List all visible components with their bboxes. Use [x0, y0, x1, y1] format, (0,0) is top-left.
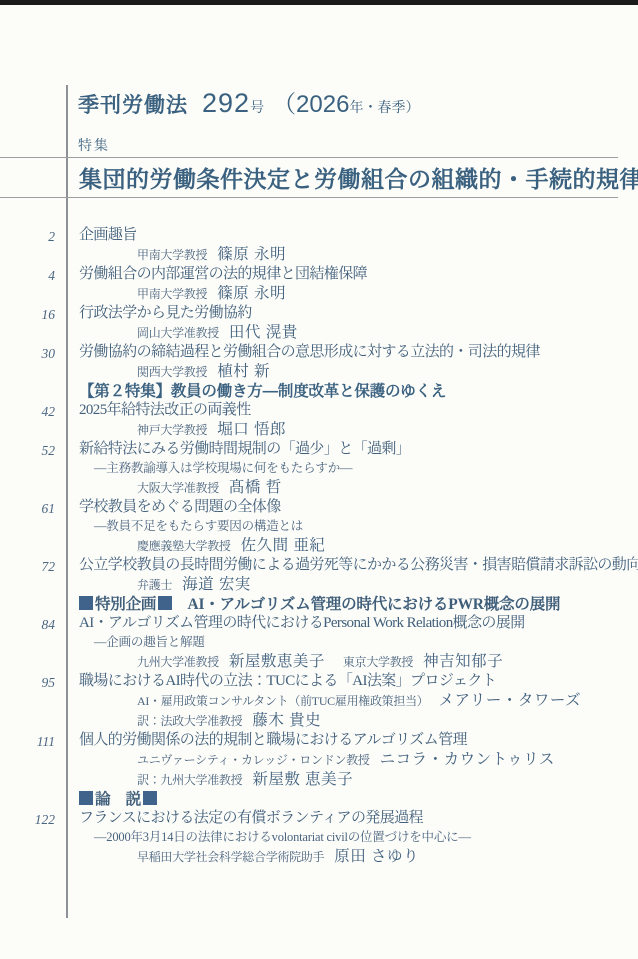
page-number: 42 [0, 401, 66, 421]
row-body: 職場におけるAI時代の立法：TUCによる「AI法案」プロジェクトAI・雇用政策コ… [66, 672, 630, 731]
row-body: 企画趣旨甲南大学教授篠原 永明 [66, 226, 630, 265]
affiliation: 東京大学教授 [343, 655, 413, 669]
toc-row: 61学校教員をめぐる問題の全体像―教員不足をもたらす要因の構造とは慶應義塾大学教… [0, 498, 630, 556]
page-number: 122 [0, 809, 66, 829]
toc-row: 2企画趣旨甲南大学教授篠原 永明 [0, 226, 630, 265]
page-number: 30 [0, 343, 66, 363]
row-body: 論 説 [66, 790, 630, 809]
credit-line: 弁護士海道 宏実 [79, 575, 630, 595]
row-body: 特別企画 AI・アルゴリズム管理の時代におけるPWR概念の展開 [66, 595, 630, 614]
page-number [0, 382, 66, 383]
scan-edge-artifact [0, 0, 638, 5]
article-title: 公立学校教員の長時間労働による過労死等にかかる公務災害・損害賠償請求訴訟の動向 [79, 556, 630, 575]
row-body: 個人的労働関係の法的規制と職場におけるアルゴリズム管理ユニヴァーシティ・カレッジ… [66, 731, 630, 790]
author-name: 篠原 永明 [217, 246, 286, 263]
article-title: 労働組合の内部運営の法的規律と団結権保障 [79, 265, 630, 284]
toc-row: 30労働協約の締結過程と労働組合の意思形成に対する立法的・司法的規律関西大学教授… [0, 343, 630, 382]
credit-line: 甲南大学教授篠原 永明 [79, 284, 630, 304]
affiliation: ユニヴァーシティ・カレッジ・ロンドン教授 [137, 753, 370, 767]
credit-line: 訳：九州大学准教授新屋敷 恵美子 [79, 770, 630, 790]
author-name: 海道 宏実 [182, 576, 251, 593]
page-number: 16 [0, 304, 66, 324]
article-title: 企画趣旨 [79, 226, 630, 245]
author-name: 髙橋 哲 [229, 479, 282, 496]
filled-square-icon [158, 596, 172, 610]
filled-square-icon [143, 791, 157, 805]
row-body: フランスにおける法定の有償ボランティアの発展過程―2000年3月14日の法律にお… [66, 809, 630, 867]
issue-season: 年・春季） [349, 99, 419, 115]
article-subtitle: ―教員不足をもたらす要因の構造とは [79, 517, 630, 536]
author-name: 田代 滉貴 [229, 324, 298, 341]
filled-square-icon [79, 596, 93, 610]
affiliation: 関西大学教授 [137, 365, 207, 379]
credit-line: ユニヴァーシティ・カレッジ・ロンドン教授ニコラ・カウントゥリス [79, 750, 630, 770]
credit-line: 甲南大学教授篠原 永明 [79, 245, 630, 265]
credit-line: 早稲田大学社会科学総合学術院助手原田 さゆり [79, 847, 630, 867]
article-title: 職場におけるAI時代の立法：TUCによる「AI法案」プロジェクト [79, 672, 630, 691]
author-name: 佐久間 亜紀 [241, 537, 326, 554]
affiliation: 早稲田大学社会科学総合学術院助手 [137, 850, 324, 864]
page-number [0, 790, 66, 791]
credit-line: 慶應義塾大学教授佐久間 亜紀 [79, 536, 630, 556]
row-body: 行政法学から見た労働協約岡山大学准教授田代 滉貴 [66, 304, 630, 343]
row-body: 労働協約の締結過程と労働組合の意思形成に対する立法的・司法的規律関西大学教授植村… [66, 343, 630, 382]
section-title: AI・アルゴリズム管理の時代におけるPWR概念の展開 [172, 596, 560, 613]
toc-row: 122フランスにおける法定の有償ボランティアの発展過程―2000年3月14日の法… [0, 809, 630, 867]
issue-year: （2026 [272, 91, 349, 118]
affiliation: 慶應義塾大学教授 [137, 539, 231, 553]
affiliation: AI・雇用政策コンサルタント（前TUC雇用権政策担当） [137, 694, 429, 708]
section-heading: 特別企画 AI・アルゴリズム管理の時代におけるPWR概念の展開 [79, 595, 630, 614]
section-marker: 特別企画 [95, 596, 156, 613]
page-number: 52 [0, 440, 66, 460]
author-name: 新屋敷 恵美子 [252, 771, 353, 788]
author-name: 原田 さゆり [334, 848, 419, 865]
article-title: 学校教員をめぐる問題の全体像 [79, 498, 630, 517]
page-number: 4 [0, 265, 66, 285]
affiliation: 甲南大学教授 [137, 248, 207, 262]
author-name: 藤木 貴史 [252, 712, 321, 729]
affiliation: 九州大学准教授 [137, 655, 219, 669]
author-name: メアリー・タワーズ [439, 692, 582, 709]
credit-line: 岡山大学准教授田代 滉貴 [79, 323, 630, 343]
toc-row: 論 説 [0, 790, 630, 809]
credit-line: 神戸大学教授堀口 悟郎 [79, 420, 630, 440]
row-body: 新給特法にみる労働時間規制の「過少」と「過剰」―主務教諭導入は学校現場に何をもた… [66, 440, 630, 498]
page-number: 84 [0, 614, 66, 634]
section-marker: 論 説 [95, 791, 141, 808]
feature-title: 集団的労働条件決定と労働組合の組織的・手続的規律 [79, 161, 638, 194]
toc-row: 4労働組合の内部運営の法的規律と団結権保障甲南大学教授篠原 永明 [0, 265, 630, 304]
toc-row: 16行政法学から見た労働協約岡山大学准教授田代 滉貴 [0, 304, 630, 343]
author-name: 新屋敷恵美子 [229, 653, 325, 670]
author-name: 堀口 悟郎 [217, 421, 286, 438]
author-name: 植村 新 [217, 363, 270, 380]
feature-label: 特集 [78, 135, 110, 155]
credit-line: 関西大学教授植村 新 [79, 362, 630, 382]
author-name: ニコラ・カウントゥリス [380, 751, 555, 768]
affiliation: 訳：法政大学准教授 [137, 714, 242, 728]
article-subtitle: ―企画の趣旨と解題 [79, 633, 630, 652]
row-body: 労働組合の内部運営の法的規律と団結権保障甲南大学教授篠原 永明 [66, 265, 630, 304]
page-number: 95 [0, 672, 66, 692]
row-body: 公立学校教員の長時間労働による過労死等にかかる公務災害・損害賠償請求訴訟の動向弁… [66, 556, 630, 595]
section-heading: 【第２特集】教員の働き方―制度改革と保護のゆくえ [79, 382, 630, 401]
toc-row: 95職場におけるAI時代の立法：TUCによる「AI法案」プロジェクトAI・雇用政… [0, 672, 630, 731]
toc-row: 52新給特法にみる労働時間規制の「過少」と「過剰」―主務教諭導入は学校現場に何を… [0, 440, 630, 498]
toc-list: 2企画趣旨甲南大学教授篠原 永明4労働組合の内部運営の法的規律と団結権保障甲南大… [0, 226, 630, 867]
page-number: 72 [0, 556, 66, 576]
toc-row: 422025年給特法改正の両義性神戸大学教授堀口 悟郎 [0, 401, 630, 440]
article-title: AI・アルゴリズム管理の時代におけるPersonal Work Relation… [79, 614, 630, 633]
credit-line: 訳：法政大学准教授藤木 貴史 [79, 711, 630, 731]
toc-row: 特別企画 AI・アルゴリズム管理の時代におけるPWR概念の展開 [0, 595, 630, 614]
affiliation: 訳：九州大学准教授 [137, 773, 242, 787]
journal-name: 季刊労働法 [78, 94, 188, 117]
journal-header: 季刊労働法292号（2026年・春季） [78, 84, 618, 119]
article-title: 行政法学から見た労働協約 [79, 304, 630, 323]
page-number [0, 595, 66, 596]
issue-number: 292 [202, 88, 250, 118]
article-title: 労働協約の締結過程と労働組合の意思形成に対する立法的・司法的規律 [79, 343, 630, 362]
article-title: フランスにおける法定の有償ボランティアの発展過程 [79, 809, 630, 828]
article-title: 2025年給特法改正の両義性 [79, 401, 630, 420]
toc-row: 84AI・アルゴリズム管理の時代におけるPersonal Work Relati… [0, 614, 630, 672]
filled-square-icon [79, 791, 93, 805]
section-heading: 論 説 [79, 790, 630, 809]
author-name: 神吉知郁子 [423, 653, 503, 670]
row-body: 【第２特集】教員の働き方―制度改革と保護のゆくえ [66, 382, 630, 401]
feature-title-box: 集団的労働条件決定と労働組合の組織的・手続的規律 [0, 157, 618, 198]
author-name: 篠原 永明 [217, 285, 286, 302]
article-subtitle: ―主務教諭導入は学校現場に何をもたらすか― [79, 459, 630, 478]
page-number: 2 [0, 226, 66, 246]
row-body: 学校教員をめぐる問題の全体像―教員不足をもたらす要因の構造とは慶應義塾大学教授佐… [66, 498, 630, 556]
credit-line: AI・雇用政策コンサルタント（前TUC雇用権政策担当）メアリー・タワーズ [79, 691, 630, 711]
row-body: AI・アルゴリズム管理の時代におけるPersonal Work Relation… [66, 614, 630, 672]
article-title: 個人的労働関係の法的規制と職場におけるアルゴリズム管理 [79, 731, 630, 750]
page-number: 61 [0, 498, 66, 518]
journal-toc-page: 季刊労働法292号（2026年・春季） 特集 集団的労働条件決定と労働組合の組織… [0, 0, 638, 959]
toc-row: 72公立学校教員の長時間労働による過労死等にかかる公務災害・損害賠償請求訴訟の動… [0, 556, 630, 595]
article-subtitle: ―2000年3月14日の法律におけるvolontariat civilの位置づけ… [79, 828, 630, 847]
credit-line: 大阪大学准教授髙橋 哲 [79, 478, 630, 498]
issue-unit: 号 [250, 99, 264, 115]
affiliation: 弁護士 [137, 578, 172, 592]
page-number: 111 [0, 731, 66, 751]
affiliation: 大阪大学准教授 [137, 481, 219, 495]
article-title: 新給特法にみる労働時間規制の「過少」と「過剰」 [79, 440, 630, 459]
credit-line: 九州大学准教授新屋敷恵美子東京大学教授神吉知郁子 [79, 652, 630, 672]
row-body: 2025年給特法改正の両義性神戸大学教授堀口 悟郎 [66, 401, 630, 440]
affiliation: 岡山大学准教授 [137, 326, 219, 340]
affiliation: 甲南大学教授 [137, 287, 207, 301]
affiliation: 神戸大学教授 [137, 423, 207, 437]
toc-row: 111個人的労働関係の法的規制と職場におけるアルゴリズム管理ユニヴァーシティ・カ… [0, 731, 630, 790]
toc-row: 【第２特集】教員の働き方―制度改革と保護のゆくえ [0, 382, 630, 401]
